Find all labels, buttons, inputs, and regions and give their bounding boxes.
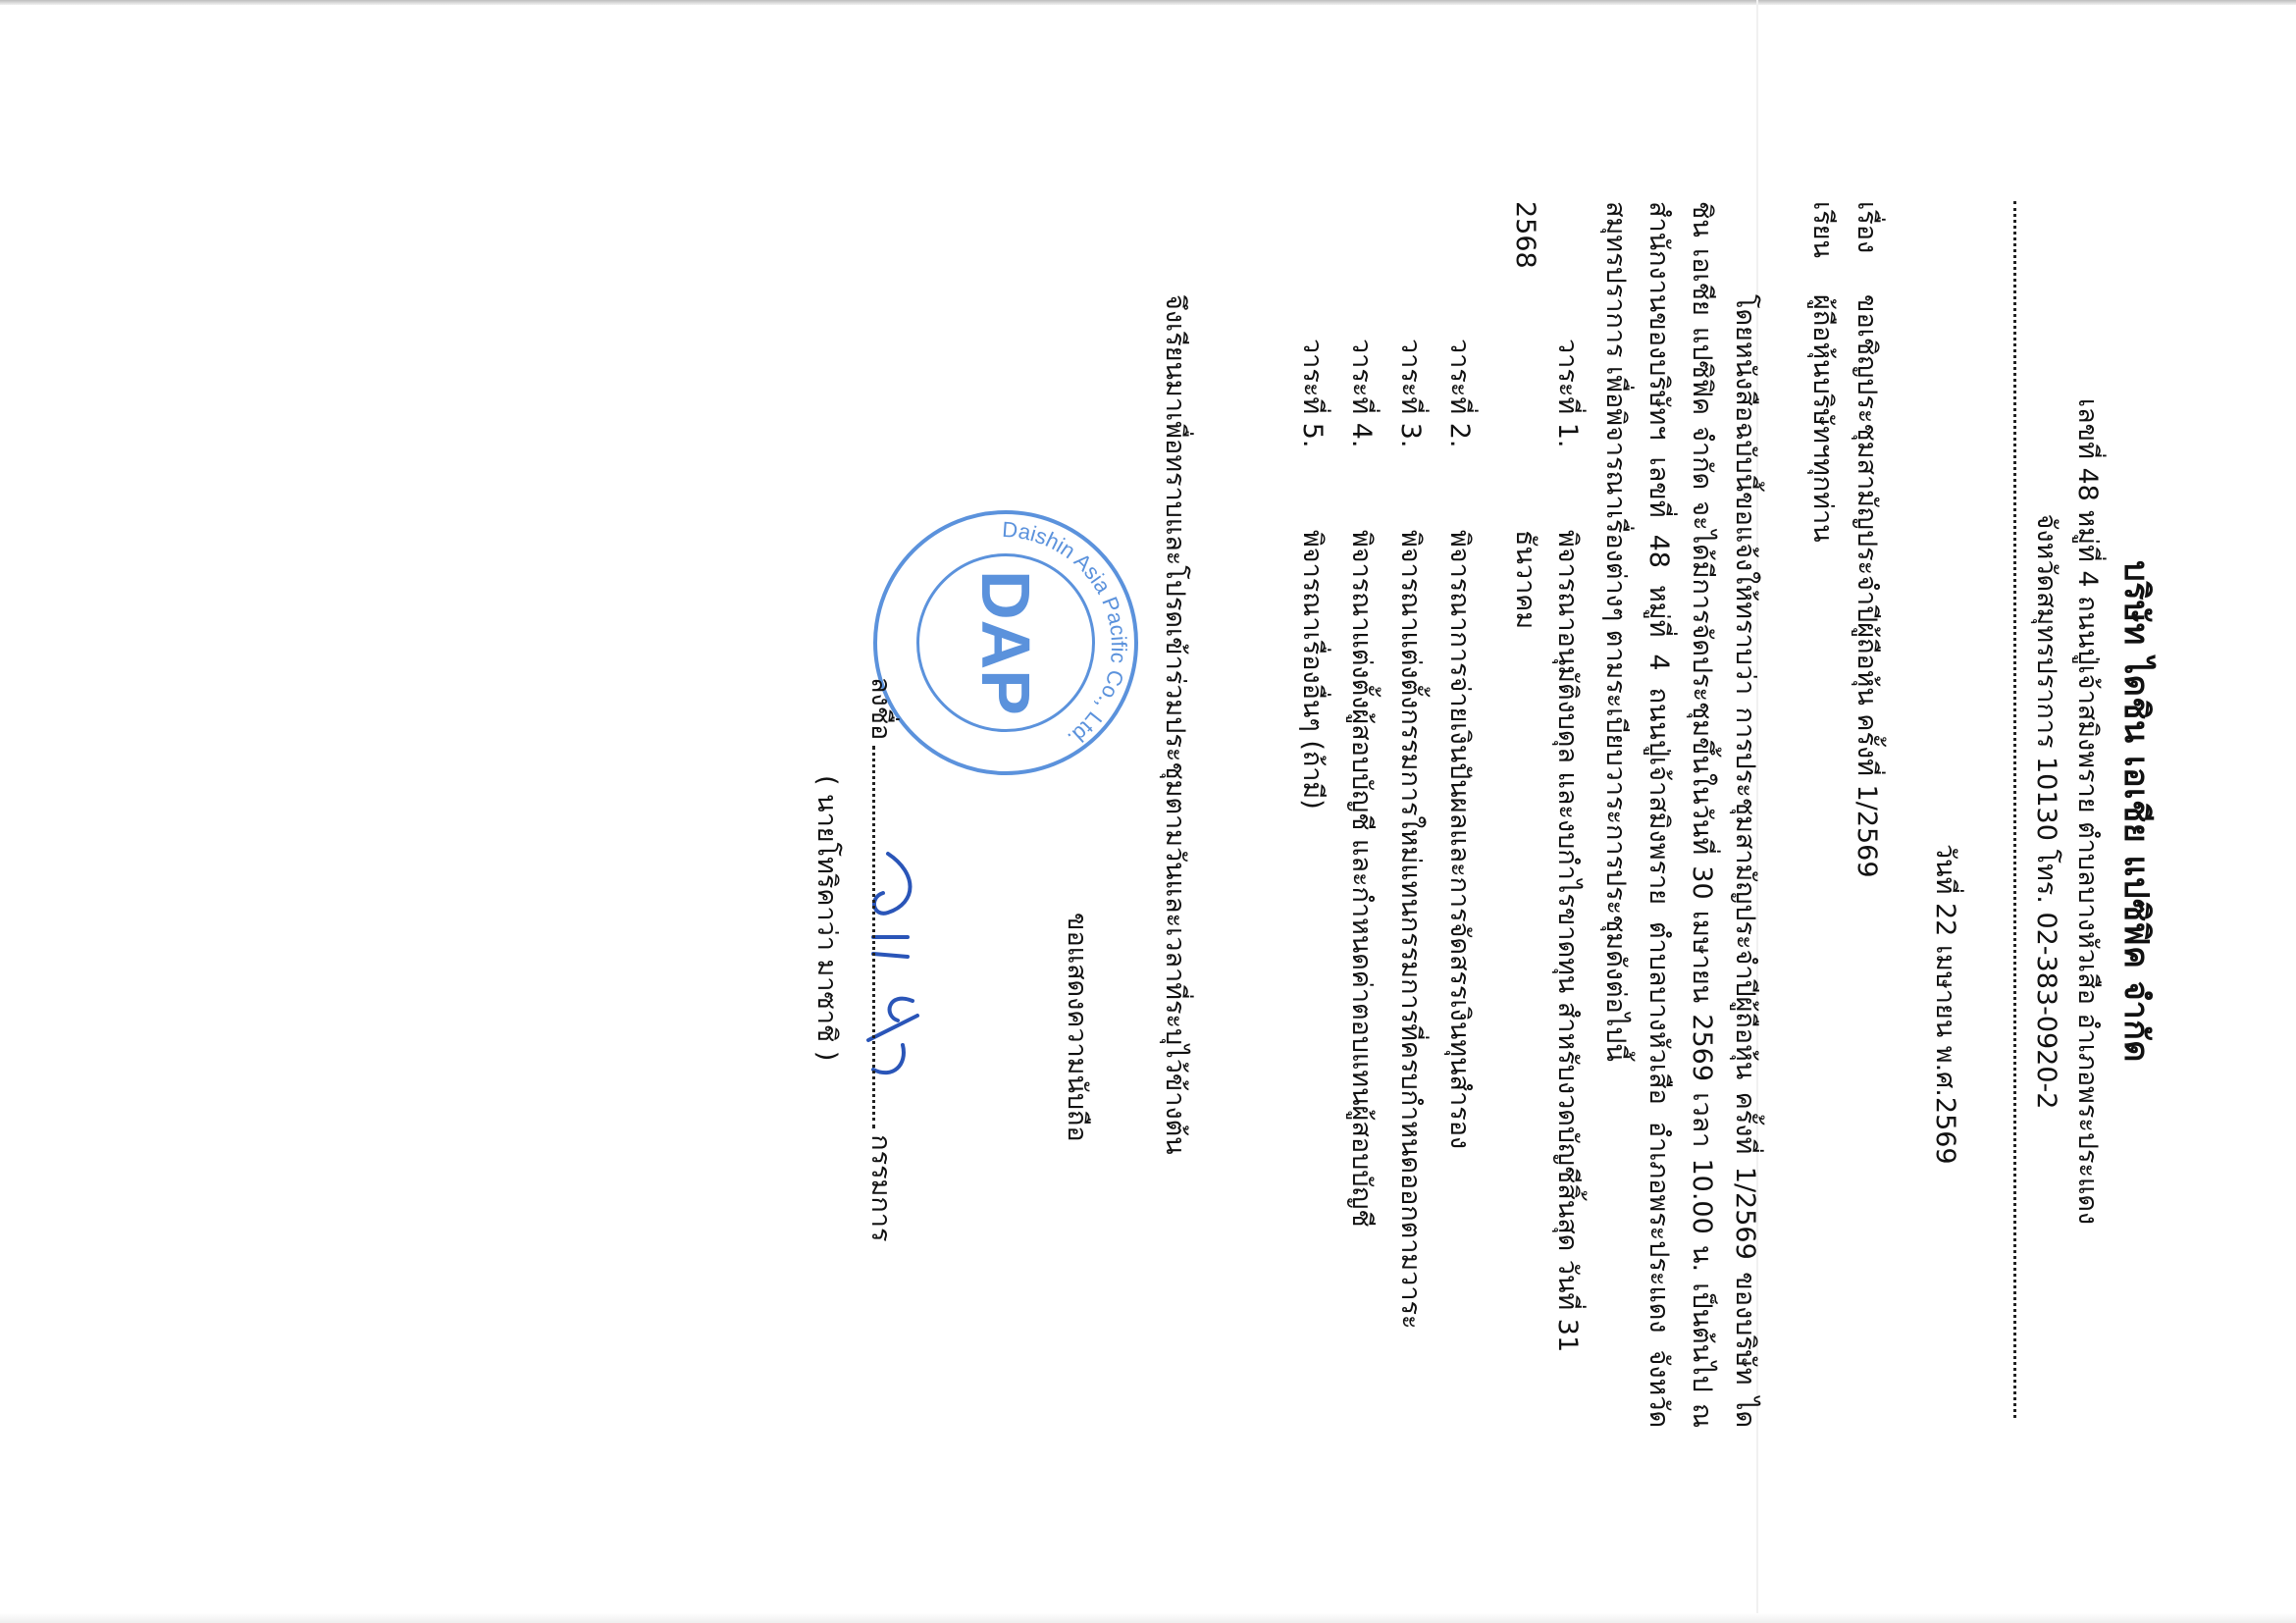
agenda-item-number: วาระที่ 5. [1292,339,1334,447]
signature-dots [872,746,875,1128]
subject-label: เรื่อง [1847,201,1889,253]
agenda-item-text: พิจารณาแต่งตั้งกรรมการใหม่แทนกรรมการที่ค… [1390,530,1433,1413]
letter-date: วันที่ 22 เมษายน พ.ศ.2569 [1925,844,1967,1165]
body-paragraph: โดยหนังสือฉบับนี้ขอแจ้งให้ทราบว่า การประ… [1593,201,1766,1428]
agenda-item-number: วาระที่ 2. [1439,339,1482,447]
recipient-label: เรียน [1802,201,1845,258]
sign-prefix: ลงชื่อ [865,677,896,740]
company-address-line2: จังหวัดสมุทรปราการ 10130 โทร. 02-383-092… [2026,0,2068,1623]
agenda-item-number: วาระที่ 4. [1341,339,1383,447]
header-divider [2013,201,2016,1418]
stamp-logo: DAP [916,553,1095,732]
company-name: บริษัท ไดชิน เอเชีย แปซิฟิค จำกัด [2111,0,2164,1623]
signer-title: กรรมการ [865,1134,896,1241]
company-stamp: Daishin Asia Pacific Co., Ltd. DAP [873,510,1138,775]
signer-name: ( นายโทริคาว่า มาซาชิ ) [807,775,849,1061]
agenda-item-number: วาระที่ 1. [1547,339,1590,447]
agenda-item-continuation: 2568 [1510,201,1540,269]
agenda-item-number: วาระที่ 3. [1390,339,1433,447]
signature-line: ลงชื่อกรรมการ [861,677,903,1241]
company-address-line1: เลขที่ 48 หมู่ที่ 4 ถนนปู่เจ้าสมิงพราย ต… [2067,0,2110,1623]
subject-text: ขอเชิญประชุมสามัญประจำปีผู้ถือหุ้น ครั้ง… [1847,294,1889,878]
letter-page: บริษัท ไดชิน เอเชีย แปซิฟิค จำกัด เลขที่… [0,0,2296,1623]
agenda-item-text: พิจารณาเรื่องอื่นๆ (ถ้ามี) [1292,530,1334,1413]
closing-line: จึงเรียนมาเพื่อทราบและโปรดเข้าร่วมประชุม… [1155,294,1197,1155]
recipient-text: ผู้ถือหุ้นบริษัทฯทุกท่าน [1802,294,1845,543]
agenda-item-text: พิจารณาอนุมัติงบดุล และงบกำไรขาดทุน สำหร… [1505,530,1590,1413]
agenda-item-text: พิจารณาแต่งตั้งผู้สอบบัญชี และกำหนดค่าตอ… [1341,530,1383,1413]
regards-line: ขอแสดงความนับถือ [1057,913,1099,1142]
agenda-item-text: พิจารณาการจ่ายเงินปันผลและการจัดสรรเงินท… [1439,530,1482,1413]
